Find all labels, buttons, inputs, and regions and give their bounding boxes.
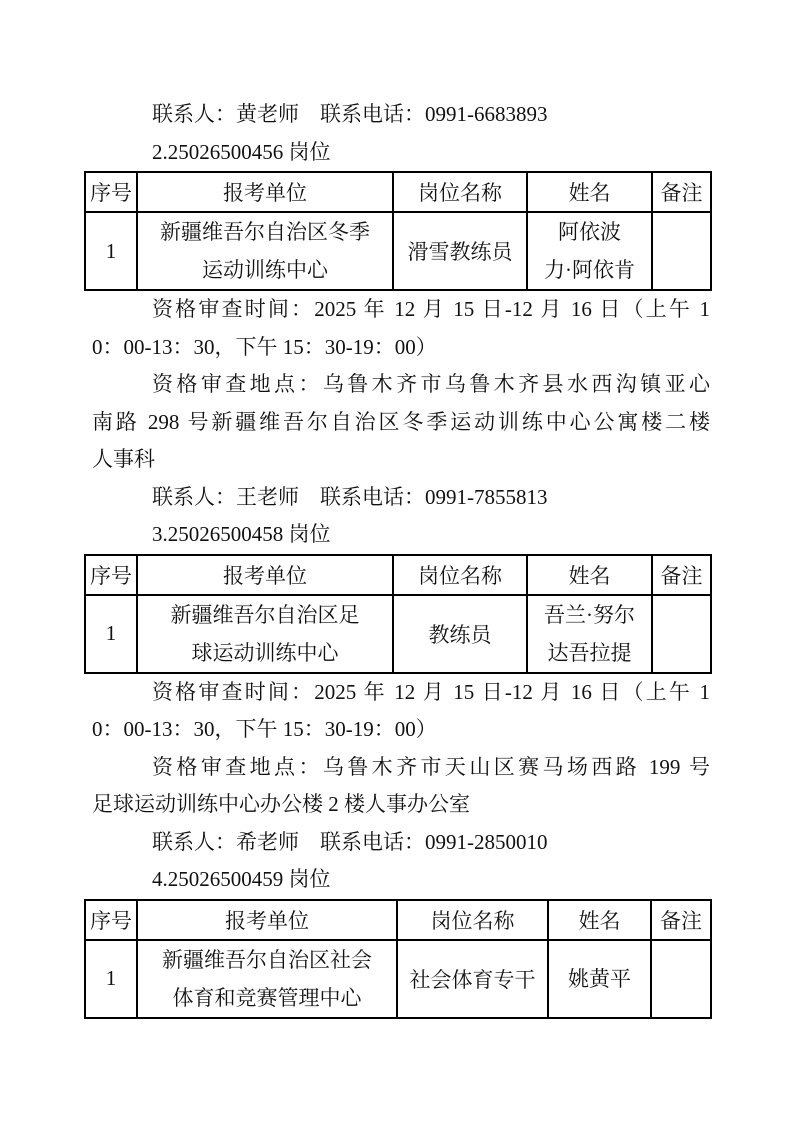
- table-2-cell-position: 教练员: [393, 595, 527, 673]
- table-3-unit-line-1: 新疆维吾尔自治区社会: [138, 941, 396, 979]
- table-3-row: 1 新疆维吾尔自治区社会 体育和竞赛管理中心 社会体育专干 姚黄平: [85, 940, 711, 1018]
- contact-line-2: 联系人：王老师 联系电话：0991-7855813: [92, 479, 710, 517]
- table-1-header-seq: 序号: [85, 172, 137, 212]
- review-time-line-1a: 资格审查时间：2025 年 12 月 15 日-12 月 16 日（上午 1: [92, 291, 710, 329]
- table-2-name-line-2: 达吾拉提: [528, 634, 651, 672]
- table-1-name-line-2: 力·阿依肯: [528, 251, 651, 289]
- table-3-header-position: 岗位名称: [397, 900, 548, 940]
- table-1-header-position: 岗位名称: [393, 172, 527, 212]
- table-1-cell-remark: [652, 212, 711, 290]
- table-3-cell-name: 姚黄平: [548, 940, 651, 1018]
- table-3-cell-position: 社会体育专干: [397, 940, 548, 1018]
- review-location-line-1c: 人事科: [92, 441, 710, 479]
- table-1-cell-name: 阿依波 力·阿依肯: [527, 212, 652, 290]
- table-1-header-remark: 备注: [652, 172, 711, 212]
- table-3-name-line-1: 姚黄平: [549, 960, 650, 998]
- document-page: 联系人：黄老师 联系电话：0991-6683893 2.25026500456 …: [0, 0, 793, 1122]
- table-3-header-remark: 备注: [651, 900, 711, 940]
- review-location-line-1a: 资格审查地点：乌鲁木齐市乌鲁木齐县水西沟镇亚心: [92, 366, 710, 404]
- table-3-cell-seq: 1: [85, 940, 137, 1018]
- position-table-3: 序号 报考单位 岗位名称 姓名 备注 1 新疆维吾尔自治区社会 体育和竞赛管理中…: [84, 899, 712, 1019]
- table-2-header-unit: 报考单位: [137, 555, 393, 595]
- table-1-cell-position: 滑雪教练员: [393, 212, 527, 290]
- document-content: 联系人：黄老师 联系电话：0991-6683893 2.25026500456 …: [84, 96, 710, 1019]
- table-3-header-name: 姓名: [548, 900, 651, 940]
- table-2-unit-line-1: 新疆维吾尔自治区足: [138, 596, 392, 634]
- table-2-cell-seq: 1: [85, 595, 137, 673]
- table-1-row: 1 新疆维吾尔自治区冬季 运动训练中心 滑雪教练员 阿依波 力·阿依肯: [85, 212, 711, 290]
- review-location-line-2a: 资格审查地点：乌鲁木齐市天山区赛马场西路 199 号: [92, 749, 710, 787]
- contact-line-3: 联系人：希老师 联系电话：0991-2850010: [92, 824, 710, 862]
- table-1-cell-seq: 1: [85, 212, 137, 290]
- job-id-line-1: 2.25026500456 岗位: [92, 134, 710, 172]
- table-3-header-unit: 报考单位: [137, 900, 397, 940]
- table-3-header-seq: 序号: [85, 900, 137, 940]
- table-2-row: 1 新疆维吾尔自治区足 球运动训练中心 教练员 吾兰·努尔 达吾拉提: [85, 595, 711, 673]
- table-1-unit-line-1: 新疆维吾尔自治区冬季: [138, 213, 392, 251]
- table-3-cell-remark: [651, 940, 711, 1018]
- table-3-header-row: 序号 报考单位 岗位名称 姓名 备注: [85, 900, 711, 940]
- table-3-cell-unit: 新疆维吾尔自治区社会 体育和竞赛管理中心: [137, 940, 397, 1018]
- contact-line-1: 联系人：黄老师 联系电话：0991-6683893: [92, 96, 710, 134]
- table-2-header-seq: 序号: [85, 555, 137, 595]
- table-2-cell-remark: [652, 595, 711, 673]
- table-2-header-remark: 备注: [652, 555, 711, 595]
- table-2-cell-unit: 新疆维吾尔自治区足 球运动训练中心: [137, 595, 393, 673]
- review-location-line-1b: 南路 298 号新疆维吾尔自治区冬季运动训练中心公寓楼二楼: [92, 404, 710, 442]
- table-1-unit-line-2: 运动训练中心: [138, 251, 392, 289]
- table-1-name-line-1: 阿依波: [528, 213, 651, 251]
- table-2-header-name: 姓名: [527, 555, 652, 595]
- table-3-unit-line-2: 体育和竞赛管理中心: [138, 979, 396, 1017]
- table-1-header-row: 序号 报考单位 岗位名称 姓名 备注: [85, 172, 711, 212]
- table-2-name-line-1: 吾兰·努尔: [528, 596, 651, 634]
- position-table-2: 序号 报考单位 岗位名称 姓名 备注 1 新疆维吾尔自治区足 球运动训练中心 教…: [84, 554, 712, 674]
- table-2-unit-line-2: 球运动训练中心: [138, 634, 392, 672]
- job-id-line-3: 4.25026500459 岗位: [92, 861, 710, 899]
- table-2-header-row: 序号 报考单位 岗位名称 姓名 备注: [85, 555, 711, 595]
- review-time-line-1b: 0：00-13：30，下午 15：30-19：00）: [92, 329, 710, 367]
- table-2-header-position: 岗位名称: [393, 555, 527, 595]
- position-table-1: 序号 报考单位 岗位名称 姓名 备注 1 新疆维吾尔自治区冬季 运动训练中心 滑…: [84, 171, 712, 291]
- job-id-line-2: 3.25026500458 岗位: [92, 516, 710, 554]
- table-1-header-unit: 报考单位: [137, 172, 393, 212]
- review-time-line-2a: 资格审查时间：2025 年 12 月 15 日-12 月 16 日（上午 1: [92, 674, 710, 712]
- review-time-line-2b: 0：00-13：30，下午 15：30-19：00）: [92, 711, 710, 749]
- review-location-line-2b: 足球运动训练中心办公楼 2 楼人事办公室: [92, 786, 710, 824]
- table-2-cell-name: 吾兰·努尔 达吾拉提: [527, 595, 652, 673]
- table-1-header-name: 姓名: [527, 172, 652, 212]
- table-1-cell-unit: 新疆维吾尔自治区冬季 运动训练中心: [137, 212, 393, 290]
